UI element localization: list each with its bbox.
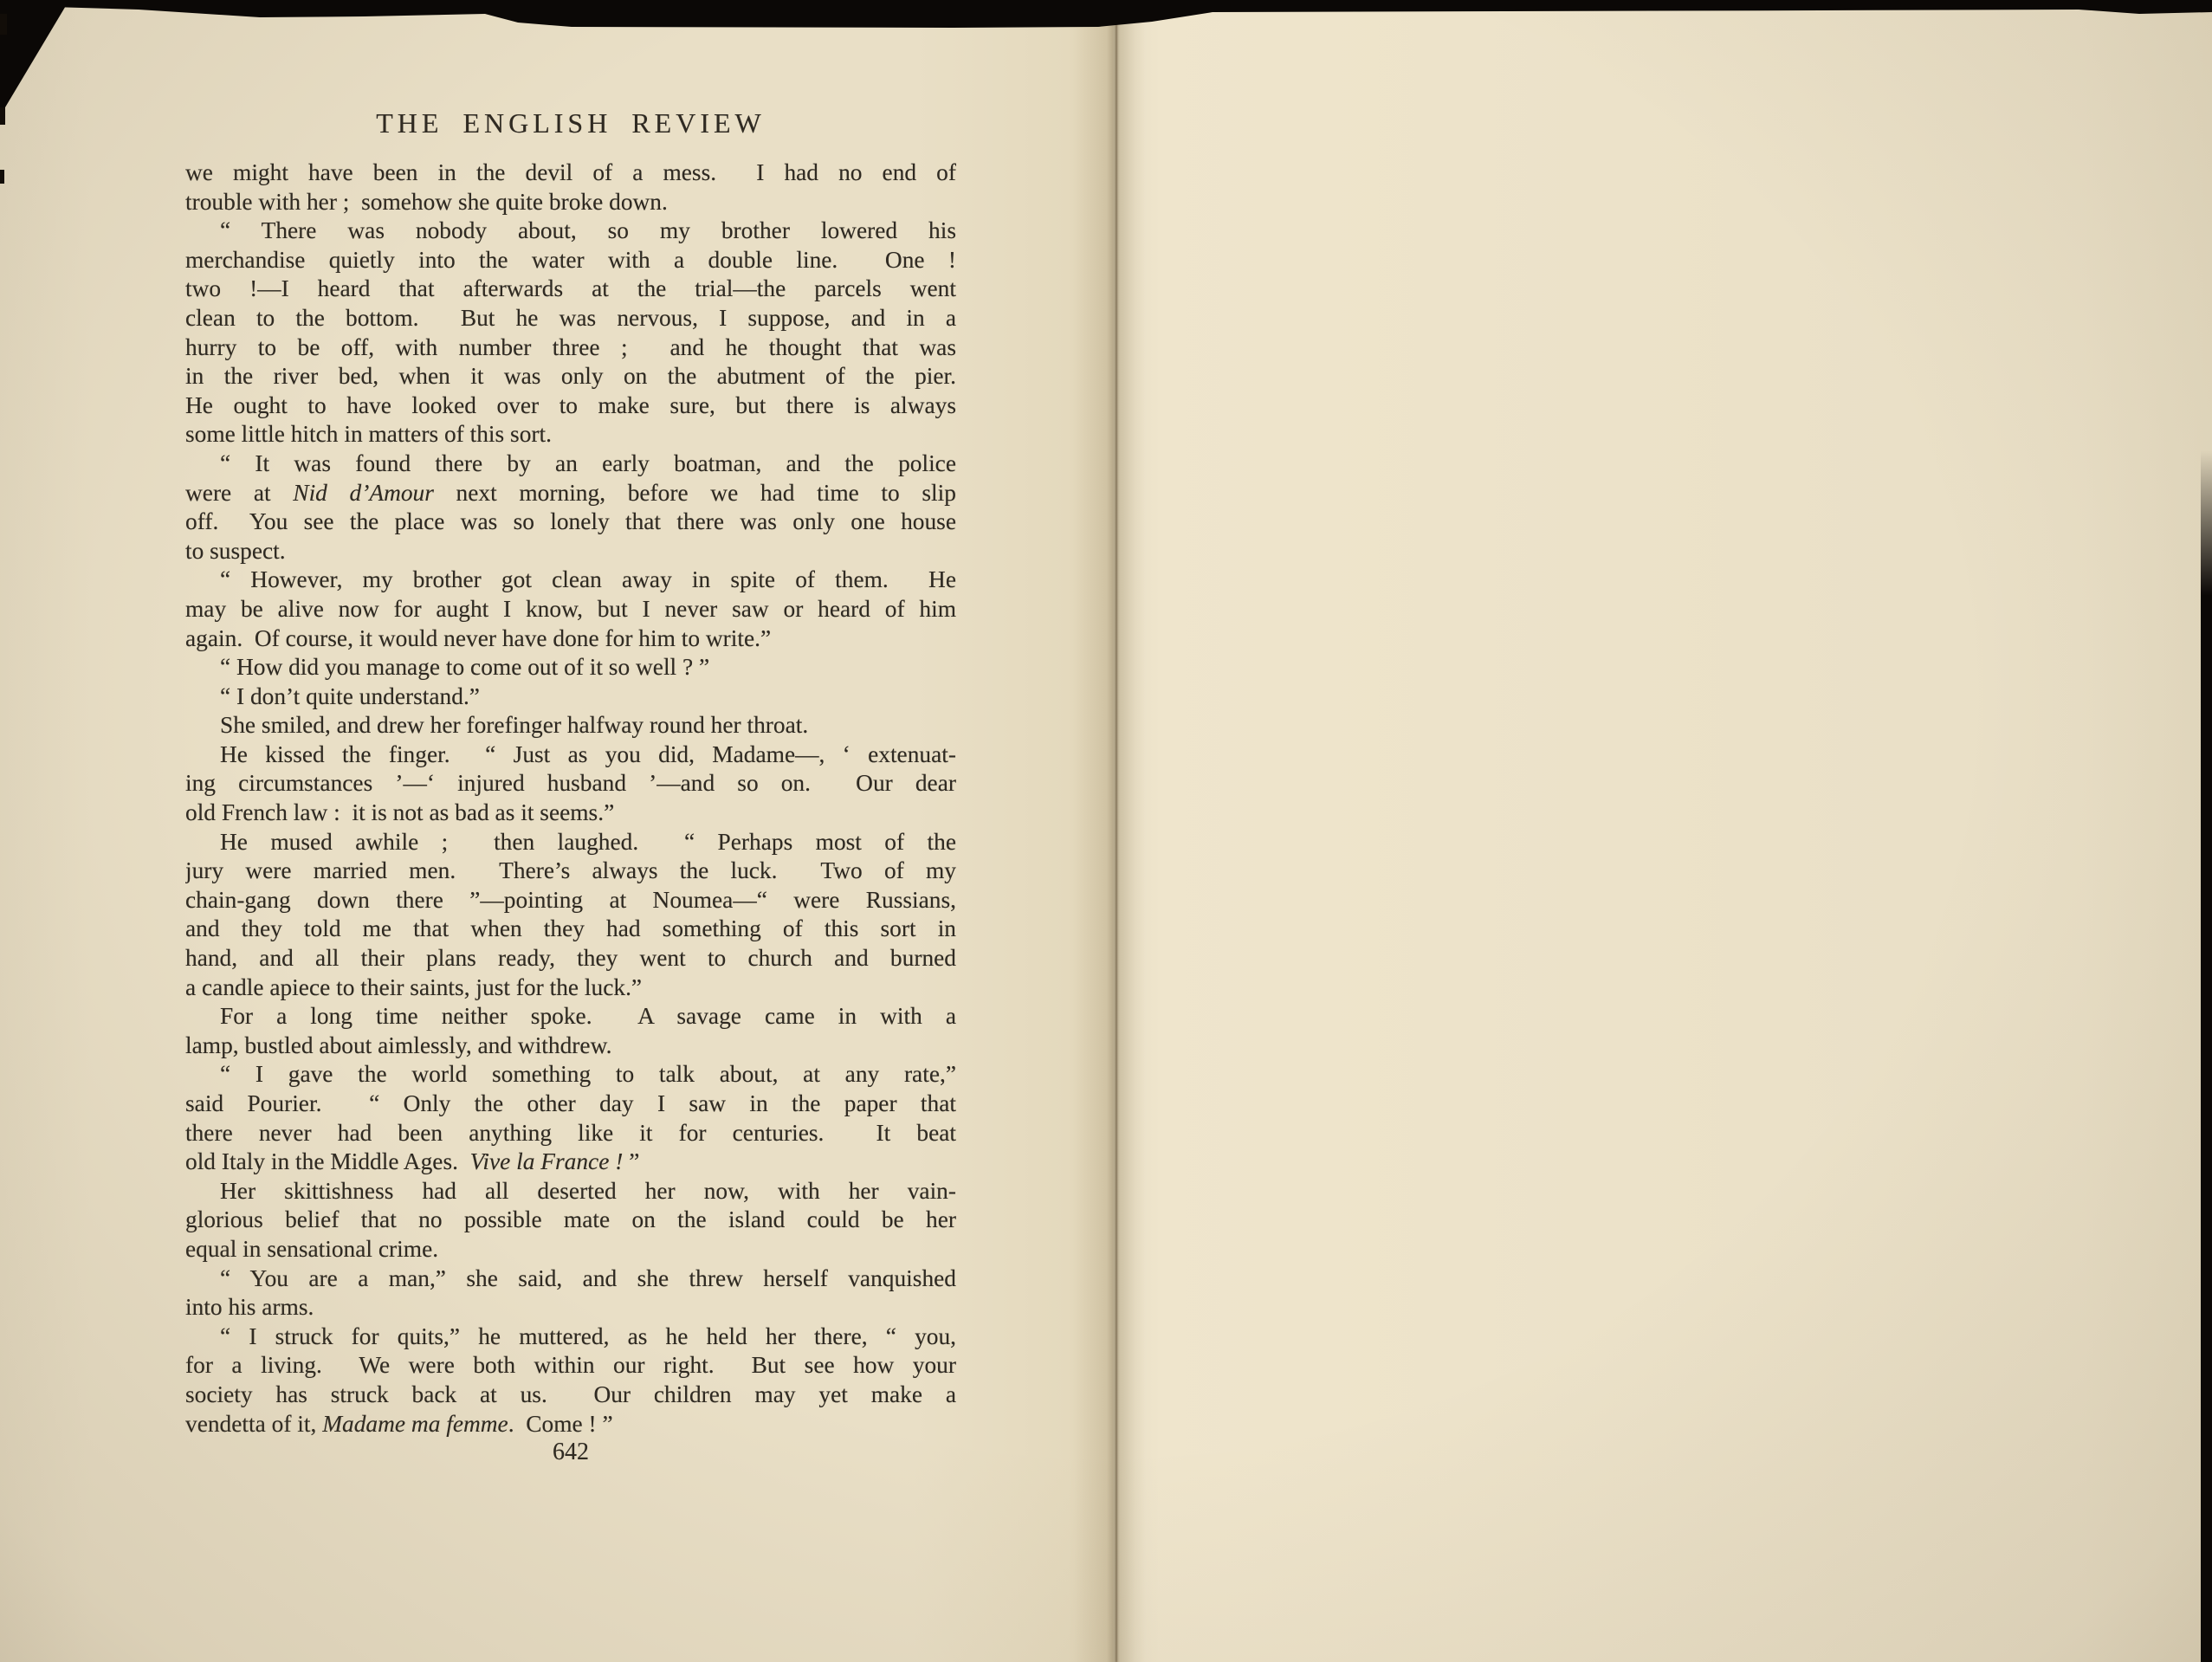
text-segment: next morning, before we had time to slip [434,480,956,506]
scanner-edge-right [2201,450,2212,1662]
text-segment: into his arms. [185,1294,314,1320]
text-line: “ How did you manage to come out of it s… [185,653,956,682]
italic-text: Vive la France ! [470,1148,624,1174]
text-segment: again. Of course, it would never have do… [185,625,771,651]
text-line: to suspect. [185,537,956,566]
text-line: “ I struck for quits,” he muttered, as h… [185,1322,956,1352]
text-line: said Pourier. “ Only the other day I saw… [185,1090,956,1119]
text-line: and they told me that when they had some… [185,915,956,944]
text-line: “ However, my brother got clean away in … [185,566,956,595]
text-line: some little hitch in matters of this sor… [185,420,956,449]
text-line: equal in sensational crime. [185,1235,956,1264]
text-line: into his arms. [185,1293,956,1322]
text-line: may be alive now for aught I know, but I… [185,595,956,624]
text-segment: He mused awhile ; then laughed. “ Perhap… [220,829,956,855]
text-segment: She smiled, and drew her forefinger half… [220,712,808,738]
italic-text: Nid d’Amour [293,480,434,506]
text-segment: “ You are a man,” she said, and she thre… [220,1265,956,1291]
text-line: there never had been anything like it fo… [185,1119,956,1148]
text-line: “ There was nobody about, so my brother … [185,217,956,246]
text-line: For a long time neither spoke. A savage … [185,1002,956,1031]
text-line: we might have been in the devil of a mes… [185,158,956,188]
text-line: She smiled, and drew her forefinger half… [185,711,956,740]
text-segment: some little hitch in matters of this sor… [185,421,552,447]
text-line: vendetta of it, Madame ma femme. Come ! … [185,1410,956,1439]
text-line: for a living. We were both within our ri… [185,1351,956,1381]
text-segment: equal in sensational crime. [185,1236,438,1262]
text-line: in the river bed, when it was only on th… [185,362,956,391]
text-segment: and they told me that when they had some… [185,915,956,941]
text-segment: hurry to be off, with number three ; and… [185,334,956,360]
text-segment: jury were married men. There’s always th… [185,857,956,883]
text-line: were at Nid d’Amour next morning, before… [185,479,956,508]
text-segment: ” [623,1148,639,1174]
text-line: He mused awhile ; then laughed. “ Perhap… [185,828,956,857]
text-line: glorious belief that no possible mate on… [185,1206,956,1235]
text-segment: “ There was nobody about, so my brother … [220,217,956,243]
text-line: old Italy in the Middle Ages. Vive la Fr… [185,1148,956,1177]
text-line: merchandise quietly into the water with … [185,246,956,275]
scanner-edge-top [0,0,2212,35]
text-line: jury were married men. There’s always th… [185,857,956,886]
text-segment: He ought to have looked over to make sur… [185,392,956,418]
text-segment: For a long time neither spoke. A savage … [220,1003,956,1029]
scanner-edge-mark [0,170,4,184]
text-segment: trouble with her ; somehow she quite bro… [185,189,668,215]
text-line: ing circumstances ’—‘ injured husband ’—… [185,769,956,799]
left-page-body-text: we might have been in the devil of a mes… [185,158,956,1439]
text-segment: merchandise quietly into the water with … [185,247,956,273]
text-line: hurry to be off, with number three ; and… [185,333,956,363]
text-line: “ I gave the world something to talk abo… [185,1060,956,1090]
text-segment: there never had been anything like it fo… [185,1120,956,1146]
text-segment: in the river bed, when it was only on th… [185,363,956,389]
text-segment: vendetta of it, [185,1411,322,1437]
text-segment: “ I struck for quits,” he muttered, as h… [220,1323,956,1349]
text-segment: hand, and all their plans ready, they we… [185,945,956,971]
text-line: He ought to have looked over to make sur… [185,391,956,421]
text-segment: a candle apiece to their saints, just fo… [185,974,642,1000]
text-line: “ It was found there by an early boatman… [185,449,956,479]
text-segment: glorious belief that no possible mate on… [185,1206,956,1232]
left-page: THE ENGLISH REVIEW we might have been in… [0,0,1113,1662]
text-line: chain-gang down there ”—pointing at Noum… [185,886,956,915]
text-segment: lamp, bustled about aimlessly, and withd… [185,1032,611,1058]
text-segment: “ I don’t quite understand.” [220,683,480,709]
scanner-edge-mark [0,107,5,125]
text-segment: off. You see the place was so lonely tha… [185,508,956,534]
text-segment: said Pourier. “ Only the other day I saw… [185,1090,956,1116]
text-segment: “ However, my brother got clean away in … [220,566,956,592]
text-segment: He kissed the finger. “ Just as you did,… [220,741,956,767]
text-segment: “ It was found there by an early boatman… [220,450,956,476]
text-line: a candle apiece to their saints, just fo… [185,973,956,1003]
scanner-edge-mark [0,14,7,35]
text-line: He kissed the finger. “ Just as you did,… [185,740,956,770]
text-line: “ You are a man,” she said, and she thre… [185,1264,956,1294]
text-segment: two !—I heard that afterwards at the tri… [185,275,956,301]
text-segment: old Italy in the Middle Ages. [185,1148,470,1174]
text-segment: may be alive now for aught I know, but I… [185,596,956,622]
text-line: two !—I heard that afterwards at the tri… [185,275,956,304]
text-line: Her skittishness had all deserted her no… [185,1177,956,1206]
text-line: trouble with her ; somehow she quite bro… [185,188,956,217]
text-segment: society has struck back at us. Our child… [185,1381,956,1407]
text-segment: for a living. We were both within our ri… [185,1352,956,1378]
running-head: THE ENGLISH REVIEW [185,107,956,139]
text-segment: “ I gave the world something to talk abo… [220,1061,956,1087]
text-segment: Her skittishness had all deserted her no… [220,1178,956,1204]
text-line: lamp, bustled about aimlessly, and withd… [185,1031,956,1061]
text-segment: were at [185,480,293,506]
text-line: again. Of course, it would never have do… [185,624,956,654]
text-segment: clean to the bottom. But he was nervous,… [185,305,956,331]
text-segment: we might have been in the devil of a mes… [185,159,956,185]
text-line: off. You see the place was so lonely tha… [185,508,956,537]
italic-text: Madame ma femme [322,1411,508,1437]
text-line: society has struck back at us. Our child… [185,1381,956,1410]
text-line: “ I don’t quite understand.” [185,682,956,712]
text-line: hand, and all their plans ready, they we… [185,944,956,973]
text-segment: chain-gang down there ”—pointing at Noum… [185,887,956,913]
text-segment: to suspect. [185,538,286,564]
text-segment: ing circumstances ’—‘ injured husband ’—… [185,770,956,796]
text-segment: . Come ! ” [508,1411,613,1437]
book-scan-spread: THE ENGLISH REVIEW we might have been in… [0,0,2212,1662]
right-page: On Fairies By Maurice Hewlett I should l… [1113,0,2212,1662]
text-line: old French law : it is not as bad as it … [185,799,956,828]
text-segment: “ How did you manage to come out of it s… [220,654,709,680]
text-line: clean to the bottom. But he was nervous,… [185,304,956,333]
text-segment: old French law : it is not as bad as it … [185,799,614,825]
page-number-left: 642 [185,1439,956,1466]
